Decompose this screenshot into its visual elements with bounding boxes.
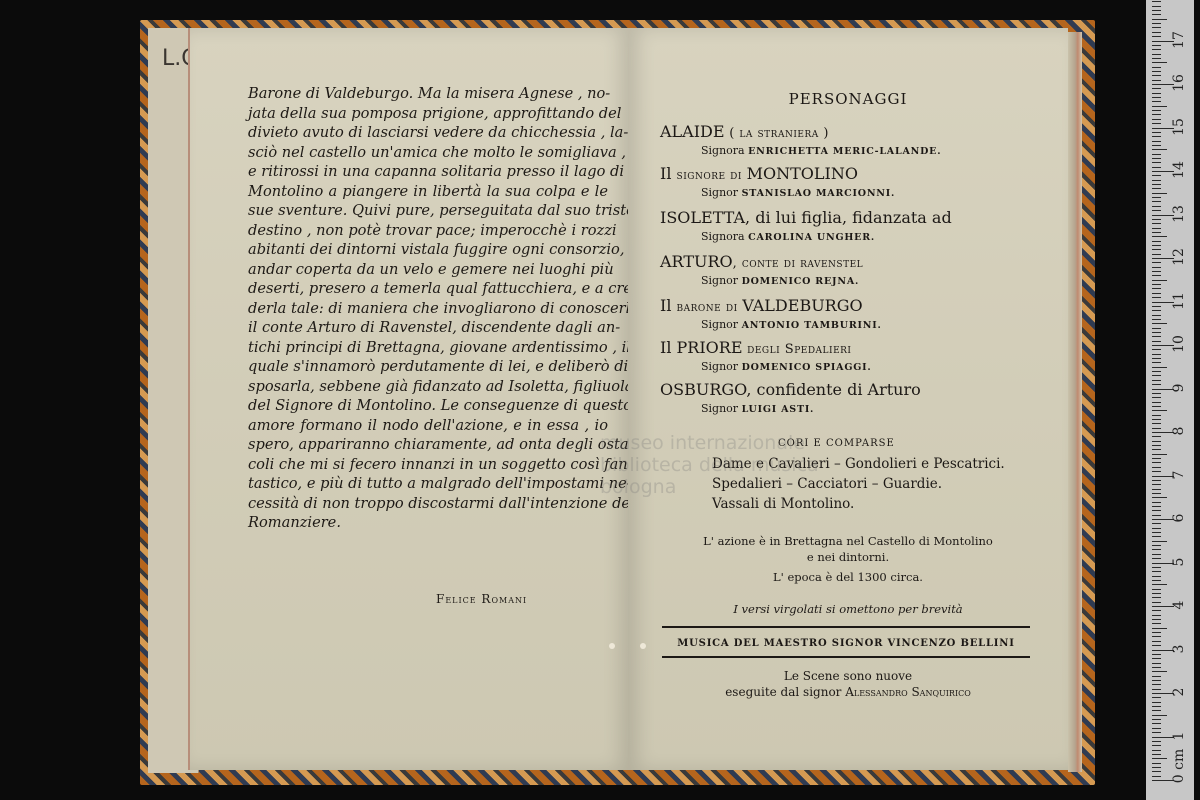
ruler-tick [1152, 154, 1161, 155]
epoch-line: L' epoca è del 1300 circa. [628, 570, 1068, 584]
singer-name: LUIGI ASTI. [742, 404, 815, 415]
preface-line: sue sventure. Quivi pure, perseguitata d… [248, 201, 608, 221]
preface-line: spero, appariranno chiaramente, ad onta … [248, 435, 608, 455]
ruler-tick [1152, 515, 1161, 516]
preface-line: destino , non potè trovar pace; imperocc… [248, 221, 608, 241]
ruler-tick [1152, 406, 1161, 407]
role-name: OSBURGO [660, 380, 746, 399]
ruler-label: 12 [1171, 246, 1187, 268]
ruler-tick [1152, 75, 1161, 76]
ruler-tick [1152, 423, 1161, 424]
ruler-tick [1152, 180, 1161, 181]
ruler-tick [1152, 454, 1167, 455]
ruler-tick [1152, 310, 1161, 311]
ruler-tick [1152, 558, 1161, 559]
setting-line: e nei dintorni. [628, 550, 1068, 564]
ruler-tick [1152, 249, 1161, 250]
ruler-label: 14 [1171, 159, 1187, 181]
right-page: PERSONAGGI ALAIDE ( la straniera )Signor… [628, 28, 1068, 770]
ruler-tick [1152, 462, 1161, 463]
ruler-tick [1152, 732, 1161, 733]
preface-line: il conte Arturo di Ravenstel, discendent… [248, 318, 608, 338]
ruler-tick [1152, 262, 1161, 263]
role-name: VALDEBURGO [742, 296, 862, 315]
ruler-tick [1152, 636, 1161, 637]
ruler-tick [1152, 93, 1161, 94]
ruler-tick [1152, 663, 1161, 664]
ruler-tick [1152, 71, 1161, 72]
ruler-tick [1152, 241, 1161, 242]
singer-name: CAROLINA UNGHER. [748, 232, 875, 243]
ruler-label: 13 [1171, 203, 1187, 225]
ruler-tick [1152, 697, 1161, 698]
ruler-label: 6 [1171, 507, 1187, 529]
omission-note: I versi virgolati si omettono per brevit… [628, 602, 1068, 616]
binding-hole [640, 643, 646, 649]
ruler-tick [1152, 367, 1167, 368]
ruler-tick [1152, 410, 1167, 411]
divider-rule [662, 626, 1030, 628]
ruler-tick [1152, 332, 1161, 333]
ruler-tick [1152, 293, 1161, 294]
ruler-tick [1152, 288, 1161, 289]
cast-singer: Signora ENRICHETTA MERIC-LALANDE. [701, 144, 941, 157]
ruler-label: 4 [1171, 594, 1187, 616]
ruler-tick [1152, 689, 1161, 690]
ruler-tick [1152, 393, 1161, 394]
ruler-tick [1152, 602, 1161, 603]
ruler-tick [1152, 384, 1161, 385]
ruler-tick [1152, 754, 1161, 755]
ruler-tick [1152, 628, 1167, 629]
ruler-tick [1152, 354, 1161, 355]
ruler-tick [1152, 123, 1161, 124]
ruler-tick [1152, 402, 1161, 403]
ruler-tick [1152, 271, 1161, 272]
setting-line: L' azione è in Brettagna nel Castello di… [628, 534, 1068, 548]
ruler-tick [1152, 319, 1161, 320]
ruler-tick [1152, 719, 1161, 720]
ruler-tick [1152, 306, 1161, 307]
scenes-line: Le Scene sono nuove [628, 669, 1068, 683]
singer-name: STANISLAO MARCIONNI. [742, 188, 896, 199]
ruler-tick [1152, 162, 1161, 163]
ruler-tick [1152, 576, 1161, 577]
ruler-label: 11 [1171, 290, 1187, 312]
ruler-tick [1152, 358, 1161, 359]
cast-heading: PERSONAGGI [628, 90, 1068, 108]
ruler-tick [1152, 62, 1167, 63]
scene-designer: Alessandro Sanquirico [845, 685, 971, 699]
ruler-tick [1152, 149, 1167, 150]
ruler-tick [1152, 641, 1161, 642]
ruler-tick [1152, 728, 1161, 729]
ruler-tick [1152, 114, 1161, 115]
ruler-tick [1152, 371, 1161, 372]
ruler-tick [1152, 445, 1161, 446]
ruler-tick [1152, 458, 1161, 459]
preface-text: Barone di Valdeburgo. Ma la misera Agnes… [248, 84, 608, 533]
ruler-tick [1152, 349, 1161, 350]
ruler-tick [1152, 467, 1161, 468]
ruler-tick [1152, 610, 1161, 611]
preface-line: cessità di non troppo discostarmi dall'i… [248, 494, 608, 514]
ruler-tick [1152, 14, 1161, 15]
ruler-tick [1152, 19, 1167, 20]
ruler-tick [1152, 58, 1161, 59]
ruler-tick [1152, 545, 1161, 546]
cast-singer: Signor DOMENICO SPIAGGI. [701, 360, 872, 373]
ruler-tick [1152, 554, 1161, 555]
ruler-label: 7 [1171, 464, 1187, 486]
ruler-tick [1152, 167, 1161, 168]
ruler-tick [1152, 201, 1161, 202]
ruler-tick [1152, 667, 1161, 668]
ruler-tick [1152, 436, 1161, 437]
cast-role: ARTURO, conte di ravenstel [660, 252, 863, 271]
ruler-tick [1152, 141, 1161, 142]
singer-name: ENRICHETTA MERIC-LALANDE. [748, 146, 941, 157]
ruler-tick [1152, 23, 1161, 24]
ruler-tick [1152, 1, 1161, 2]
ruler-tick [1152, 441, 1161, 442]
preface-line: Montolino a piangere in libertà la sua c… [248, 182, 608, 202]
ruler-tick [1152, 380, 1161, 381]
ruler-label: 5 [1171, 551, 1187, 573]
ruler-tick [1152, 106, 1167, 107]
role-name: PRIORE [677, 338, 743, 357]
ruler-tick [1152, 745, 1161, 746]
ruler-tick [1152, 419, 1161, 420]
ruler-tick [1152, 710, 1161, 711]
page-edges [1068, 32, 1082, 772]
ruler-tick [1152, 88, 1161, 89]
ruler-tick [1152, 284, 1161, 285]
ruler-tick [1152, 232, 1161, 233]
ruler-tick [1152, 206, 1161, 207]
ruler-tick [1152, 32, 1161, 33]
role-name: MONTOLINO [747, 164, 858, 183]
ruler-tick [1152, 632, 1161, 633]
ruler-tick [1152, 671, 1167, 672]
ruler-label: 17 [1171, 29, 1187, 51]
preface-line: divieto avuto di lasciarsi vedere da chi… [248, 123, 608, 143]
ruler-tick [1152, 549, 1161, 550]
ruler-tick [1152, 97, 1161, 98]
music-credit: MUSICA DEL MAESTRO SIGNOR VINCENZO BELLI… [662, 638, 1030, 649]
ruler-tick [1152, 415, 1161, 416]
ruler-tick [1152, 280, 1167, 281]
ruler-tick [1152, 571, 1161, 572]
ruler-tick [1152, 132, 1161, 133]
ruler-tick [1152, 267, 1161, 268]
preface-line: quale s'innamorò perdutamente di lei, e … [248, 357, 608, 377]
ruler-tick [1152, 532, 1161, 533]
ruler-label: 3 [1171, 638, 1187, 660]
ruler-tick [1152, 580, 1161, 581]
ruler-tick [1152, 776, 1161, 777]
ruler-tick [1152, 676, 1161, 677]
measurement-ruler: 0 cm1234567891011121314151617 [1146, 0, 1194, 800]
ruler-tick [1152, 119, 1161, 120]
ruler-tick [1152, 323, 1167, 324]
ruler-tick [1152, 771, 1161, 772]
ruler-label: 1 [1171, 725, 1187, 747]
ruler-tick [1152, 506, 1161, 507]
author-signature: Felice Romani [436, 592, 527, 606]
ruler-tick [1152, 193, 1167, 194]
preface-line: Barone di Valdeburgo. Ma la misera Agnes… [248, 84, 608, 104]
ruler-tick [1152, 145, 1161, 146]
ruler-tick [1152, 297, 1161, 298]
left-page: Barone di Valdeburgo. Ma la misera Agnes… [188, 28, 630, 770]
ruler-tick [1152, 175, 1161, 176]
ruler-tick [1152, 336, 1161, 337]
ruler-tick [1152, 484, 1161, 485]
ruler-tick [1152, 236, 1167, 237]
preface-line: e ritirossi in una capanna solitaria pre… [248, 162, 608, 182]
ruler-tick [1152, 680, 1161, 681]
ruler-label: 15 [1171, 116, 1187, 138]
ruler-tick [1152, 584, 1167, 585]
library-watermark: museo internazionale biblioteca della mu… [600, 432, 760, 498]
cast-singer: Signora CAROLINA UNGHER. [701, 230, 875, 243]
ruler-tick [1152, 623, 1161, 624]
ruler-tick [1152, 54, 1161, 55]
preface-line: Romanziere. [248, 513, 608, 533]
ruler-tick [1152, 428, 1161, 429]
ruler-tick [1152, 254, 1161, 255]
ruler-tick [1152, 619, 1161, 620]
preface-line: abitanti dei dintorni vistala fuggire og… [248, 240, 608, 260]
ruler-tick [1152, 741, 1161, 742]
ruler-tick [1152, 541, 1167, 542]
cast-role: Il PRIORE degli Spedalieri [660, 338, 851, 357]
ruler-tick [1152, 375, 1161, 376]
ruler-label: 8 [1171, 420, 1187, 442]
singer-name: DOMENICO REJNA. [742, 276, 860, 287]
ruler-tick [1152, 497, 1167, 498]
ruler-tick [1152, 654, 1161, 655]
ruler-tick [1152, 219, 1161, 220]
ruler-tick [1152, 45, 1161, 46]
ruler-tick [1152, 750, 1161, 751]
ruler-tick [1152, 593, 1161, 594]
ruler-tick [1152, 315, 1161, 316]
preface-line: deserti, presero a temerla qual fattucch… [248, 279, 608, 299]
ruler-tick [1152, 6, 1161, 7]
cast-role: OSBURGO, confidente di Arturo [660, 380, 921, 399]
cast-role: ISOLETTA, di lui figlia, fidanzata ad [660, 208, 952, 227]
ruler-tick [1152, 471, 1161, 472]
preface-line: tichi principi di Brettagna, giovane ard… [248, 338, 608, 358]
singer-name: DOMENICO SPIAGGI. [742, 362, 872, 373]
ruler-tick [1152, 136, 1161, 137]
ruler-tick [1152, 110, 1161, 111]
ruler-tick [1152, 80, 1161, 81]
ruler-tick [1152, 67, 1161, 68]
ruler-tick [1152, 49, 1161, 50]
preface-line: andar coperta da un velo e gemere nei lu… [248, 260, 608, 280]
ruler-tick [1152, 101, 1161, 102]
ruler-tick [1152, 275, 1161, 276]
ruler-tick [1152, 493, 1161, 494]
ruler-tick [1152, 223, 1161, 224]
chorus-line: Vassali di Montolino. [712, 496, 854, 512]
ruler-tick [1152, 763, 1161, 764]
cast-singer: Signor ANTONIO TAMBURINI. [701, 318, 882, 331]
cast-role: ALAIDE ( la straniera ) [660, 122, 829, 141]
cast-singer: Signor STANISLAO MARCIONNI. [701, 186, 895, 199]
preface-line: sciò nel castello un'amica che molto le … [248, 143, 608, 163]
ruler-tick [1152, 197, 1161, 198]
cast-role: Il signore di MONTOLINO [660, 164, 858, 183]
ruler-tick [1152, 502, 1161, 503]
preface-line: coli che mi si fecero innanzi in un sogg… [248, 455, 608, 475]
ruler-tick [1152, 210, 1161, 211]
ruler-tick [1152, 245, 1161, 246]
ruler-label: 9 [1171, 377, 1187, 399]
ruler-tick [1152, 597, 1161, 598]
scenes-credit: eseguite dal signor Alessandro Sanquiric… [628, 685, 1068, 699]
ruler-tick [1152, 228, 1161, 229]
cast-singer: Signor LUIGI ASTI. [701, 402, 814, 415]
binding-hole [609, 643, 615, 649]
ruler-tick [1152, 10, 1161, 11]
role-name: ALAIDE [660, 122, 725, 141]
preface-line: sposarla, sebbene già fidanzato ad Isole… [248, 377, 608, 397]
ruler-tick [1152, 449, 1161, 450]
ruler-tick [1152, 362, 1161, 363]
ruler-tick [1152, 706, 1161, 707]
ruler-tick [1152, 702, 1161, 703]
ruler-tick [1152, 615, 1161, 616]
ruler-tick [1152, 480, 1161, 481]
ruler-tick [1152, 523, 1161, 524]
ruler-tick [1152, 684, 1161, 685]
cast-singer: Signor DOMENICO REJNA. [701, 274, 859, 287]
ruler-tick [1152, 767, 1161, 768]
ruler-label: 0 cm [1171, 746, 1187, 786]
ruler-tick [1152, 397, 1161, 398]
ruler-tick [1152, 589, 1161, 590]
role-name: ARTURO [660, 252, 733, 271]
ruler-tick [1152, 188, 1161, 189]
ruler-tick [1152, 328, 1161, 329]
ruler-tick [1152, 715, 1167, 716]
preface-line: jata della sua pomposa prigione, approfi… [248, 104, 608, 124]
preface-line: tastico, e più di tutto a malgrado dell'… [248, 474, 608, 494]
ruler-tick [1152, 158, 1161, 159]
ruler-label: 10 [1171, 333, 1187, 355]
ruler-tick [1152, 184, 1161, 185]
ruler-tick [1152, 489, 1161, 490]
divider-rule [662, 656, 1030, 658]
preface-line: derla tale: di maniera che invogliarono … [248, 299, 608, 319]
ruler-tick [1152, 645, 1161, 646]
ruler-tick [1152, 658, 1161, 659]
ruler-label: 16 [1171, 72, 1187, 94]
ruler-tick [1152, 536, 1161, 537]
ruler-tick [1152, 528, 1161, 529]
ruler-tick [1152, 758, 1167, 759]
preface-line: amore formano il nodo dell'azione, e in … [248, 416, 608, 436]
ruler-tick [1152, 723, 1161, 724]
ruler-tick [1152, 341, 1161, 342]
role-name: ISOLETTA [660, 208, 745, 227]
preface-line: del Signore di Montolino. Le conseguenze… [248, 396, 608, 416]
ruler-tick [1152, 510, 1161, 511]
cast-role: Il barone di VALDEBURGO [660, 296, 863, 315]
singer-name: ANTONIO TAMBURINI. [742, 320, 882, 331]
ruler-label: 2 [1171, 681, 1187, 703]
ruler-tick [1152, 567, 1161, 568]
ruler-tick [1152, 27, 1161, 28]
ruler-tick [1152, 36, 1161, 37]
